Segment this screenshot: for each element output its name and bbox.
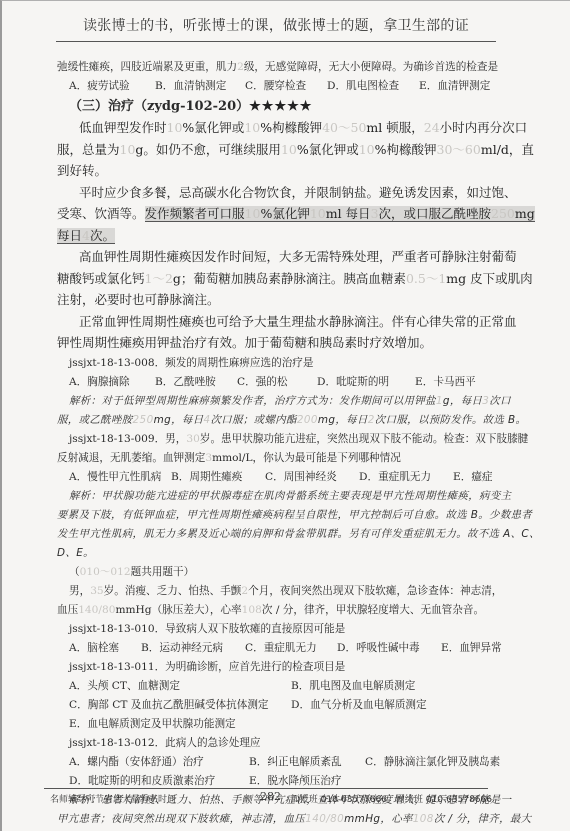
option-a[interactable]: A．疲劳试验 — [69, 77, 155, 96]
question-stem: jssjxt-18-13-009．男，30岁。患甲状腺功能亢进症，突然出现双下肢… — [57, 430, 497, 449]
option-e[interactable]: E．血清钾测定 — [419, 80, 490, 92]
option-d[interactable]: D．重症肌无力 — [359, 468, 453, 487]
option-c[interactable]: C．周围神经炎 — [265, 468, 359, 487]
shared-stem-label: （010～012题共用题干） — [57, 563, 497, 582]
footer-divider — [44, 788, 488, 789]
option-c[interactable]: C．重症肌无力 — [245, 639, 337, 658]
footer-contact: 面授班 010-63577666 网络班 010-63578666 — [291, 792, 492, 805]
paragraph-line: 平时应少食多餐，忌高碳水化合物饮食，并限制钠盐。避免诱发因素，如过饱、 — [57, 182, 497, 204]
option-b[interactable]: B．血清钠测定 — [155, 77, 245, 96]
analysis: 服，或乙酰唑胺250mg，每日4次口服；或螺内酯200mg，每日2次口服，以预防… — [57, 411, 497, 430]
option-c[interactable]: C．强的松 — [237, 373, 317, 392]
question-stem: jssjxt-18-13-011．为明确诊断，应首先进行的检查项目是 — [57, 658, 497, 677]
option-a[interactable]: A．胸腺摘除 — [69, 373, 155, 392]
analysis: 要累及下肢，有低钾血症，甲亢性周期性瘫痪病程呈自限性，甲亢控制后可自愈。故选 B… — [57, 506, 497, 525]
option-e[interactable]: E．血钾异常 — [441, 642, 502, 654]
analysis: D、E。 — [57, 544, 497, 563]
option-b[interactable]: B．乙酰唑胺 — [155, 373, 237, 392]
question-stem: 反射减退，无肌萎缩。血钾测定3mmol/L，你认为最可能是下列哪种情况 — [57, 449, 497, 468]
option-c[interactable]: C．胸部 CT 及血抗乙酰胆碱受体抗体测定 — [69, 696, 291, 715]
option-a[interactable]: A．脑栓塞 — [69, 639, 141, 658]
option-c[interactable]: C．静脉滴注氯化钾及胰岛素 — [365, 756, 500, 768]
shared-stem: 男，35岁。消瘦、乏力、怕热、手颤2个月，夜间突然出现双下肢软瘫，急诊查体：神志… — [57, 582, 497, 601]
option-d[interactable]: D．血气分析及血电解质测定 — [291, 696, 511, 715]
option-a[interactable]: A．螺内酯（安体舒通）治疗 — [69, 753, 249, 772]
option-b[interactable]: B．周期性瘫痪 — [171, 468, 265, 487]
page-content: 弛缓性瘫痪，四肢近端累及更重，肌力2级，无感觉障碍，无大小便障碍。为确诊首选的检… — [57, 58, 497, 829]
running-header: 读张博士的书，听张博士的课，做张博士的题，拿卫生部的证 — [56, 15, 496, 35]
option-b[interactable]: B．运动神经元病 — [141, 639, 245, 658]
option-e[interactable]: E．癔症 — [453, 471, 493, 483]
option-c[interactable]: C．腰穿检查 — [245, 77, 327, 96]
importance-stars-icon: ★★★★★ — [249, 99, 312, 114]
paragraph-line: 到好转。 — [57, 160, 497, 182]
option-b[interactable]: B．肌电图及血电解质测定 — [291, 677, 511, 696]
paragraph-line: 低血钾型发作时10%氯化钾或10%枸橼酸钾40～50ml 顿服，24小时内再分次… — [57, 117, 497, 139]
paragraph-line: 每日4次。 — [57, 225, 497, 247]
header-divider — [56, 41, 496, 42]
section-title: （三）治疗（zydg-102-20）★★★★★ — [57, 96, 497, 117]
question-options: A．螺内酯（安体舒通）治疗B．纠正电解质紊乱C．静脉滴注氯化钾及胰岛素 — [57, 753, 497, 772]
page-number: 282 — [260, 790, 281, 803]
option-a[interactable]: A．慢性甲亢性肌病 — [69, 468, 171, 487]
option-e[interactable]: E．脱水降颅压治疗 — [249, 775, 341, 787]
shared-stem: 血压140/80mmHg（脉压差大），心率108次 / 分，律齐，甲状腺轻度增大… — [57, 601, 497, 620]
question-options: A．脑栓塞B．运动神经元病C．重症肌无力D．呼吸性碱中毒E．血钾异常 — [57, 639, 497, 658]
highlighted-text: 发作频繁者可口服 — [145, 206, 245, 222]
option-a[interactable]: A．头颅 CT、血糖测定 — [69, 677, 291, 696]
option-d[interactable]: D．吡啶斯的明 — [317, 373, 415, 392]
document-page: 读张博士的书，听张博士的课，做张博士的题，拿卫生部的证 弛缓性瘫痪，四肢近端累及… — [0, 0, 570, 831]
paragraph-line: 糖酸钙或氯化钙1～2g；葡萄糖加胰岛素静脉滴注。胰高血糖素0.5～1mg 皮下或… — [57, 268, 497, 290]
question-options: A．胸腺摘除B．乙酰唑胺C．强的松D．吡啶斯的明E．卡马西平 — [57, 373, 497, 392]
highlighted-text: 每日 — [57, 228, 82, 244]
analysis: 解析：甲状腺功能亢进症的甲状腺毒症在肌肉骨骼系统主要表现是甲亢性周期性瘫痪，病变… — [57, 487, 497, 506]
question-stem: jssjxt-18-13-012．此病人的急诊处理应 — [57, 734, 497, 753]
paragraph-line: 高血钾性周期性瘫痪因发作时间短，大多无需特殊处理，严重者可静脉注射葡萄 — [57, 246, 497, 268]
analysis: 解析：对于低钾型周期性麻痹频繁发作者，治疗方式为：发作期间可以用钾盐1g，每日3… — [57, 392, 497, 411]
question-options: A．头颅 CT、血糖测定 B．肌电图及血电解质测定 C．胸部 CT 及血抗乙酰胆… — [57, 677, 497, 734]
analysis: 发生甲亢性肌病，肌无力多累及近心端的肩胛和骨盆带肌群。另有可伴发重症肌无力。故不… — [57, 525, 497, 544]
paragraph-line: 受寒、饮酒等。发作频繁者可口服10%氯化钾10ml 每日3次，或口服乙酰唑胺25… — [57, 203, 497, 225]
option-d[interactable]: D．呼吸性碱中毒 — [337, 639, 441, 658]
question-options: A．慢性甲亢性肌病B．周期性瘫痪C．周围神经炎D．重症肌无力E．癔症 — [57, 468, 497, 487]
scan-speck — [149, 816, 151, 818]
question-stem: jssjxt-18-13-008．频发的周期性麻痹应选的治疗是 — [57, 354, 497, 373]
paragraph-line: 服，总量为10g。如仍不愈，可继续服用10%氯化钾或10%枸橼酸钾30～60ml… — [57, 139, 497, 161]
footer-slogan: 名师辅导可节省您大量看书时间 — [50, 792, 176, 805]
analysis: 甲亢患者；夜间突然出现双下肢软瘫，神志清，血压140/80mmHg，心率108次… — [57, 810, 497, 829]
option-b[interactable]: B．纠正电解质紊乱 — [249, 753, 365, 772]
question-options: A．疲劳试验B．血清钠测定C．腰穿检查D．肌电图检查E．血清钾测定 — [57, 77, 497, 96]
paragraph-line: 注射，必要时也可静脉滴注。 — [57, 289, 497, 311]
page-footer: 名师辅导可节省您大量看书时间 282 面授班 010-63577666 网络班 … — [50, 792, 490, 808]
option-e[interactable]: E．血电解质测定及甲状腺功能测定 — [69, 715, 291, 734]
option-e[interactable]: E．卡马西平 — [415, 376, 476, 388]
question-stem: jssjxt-18-13-010．导致病人双下肢软瘫的直接原因可能是 — [57, 620, 497, 639]
paragraph-line: 正常血钾性周期性瘫痪也可给予大量生理盐水静脉滴注。伴有心律失常的正常血 — [57, 311, 497, 333]
option-d[interactable]: D．肌电图检查 — [327, 77, 419, 96]
paragraph-line: 钾性周期性瘫痪用钾盐治疗有效。加于葡萄糖和胰岛素时疗效增加。 — [57, 332, 497, 354]
question-stem-tail: 弛缓性瘫痪，四肢近端累及更重，肌力2级，无感觉障碍，无大小便障碍。为确诊首选的检… — [57, 58, 497, 77]
